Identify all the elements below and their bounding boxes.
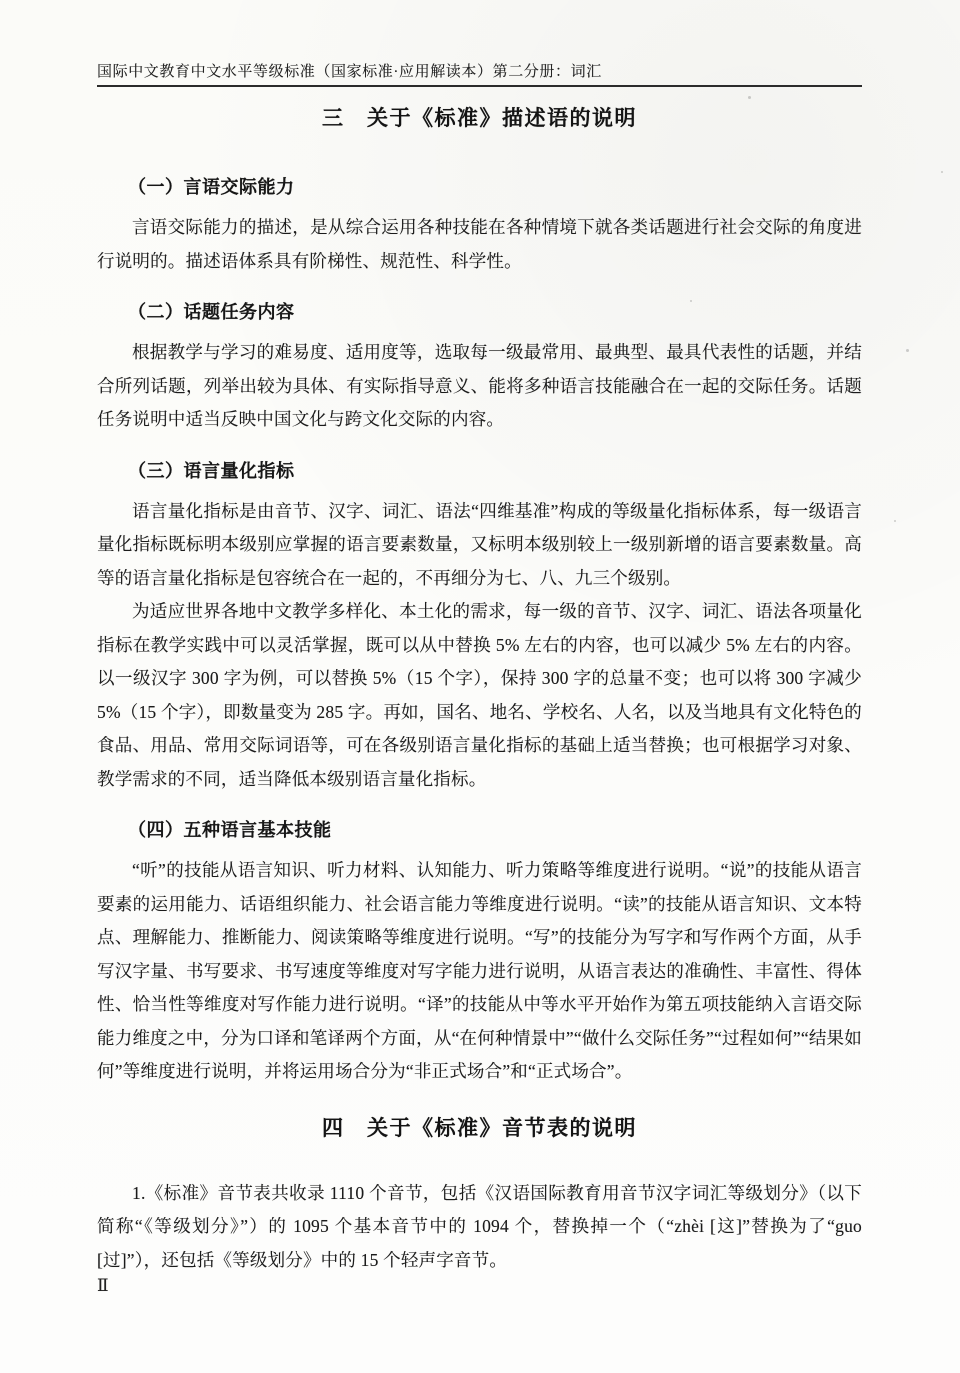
paragraph-topic-task-content: 根据教学与学习的难易度、适用度等，选取每一级最常用、最典型、最具代表性的话题，并… xyxy=(97,336,862,437)
paragraph-syllable-table: 1.《标准》音节表共收录 1110 个音节，包括《汉语国际教育用音节汉字词汇等级… xyxy=(97,1177,862,1278)
subsection-heading-topic-task-content: （二）话题任务内容 xyxy=(97,300,862,324)
scan-speck xyxy=(515,1010,517,1012)
scan-speck xyxy=(894,520,896,522)
paragraph-communication-ability: 言语交际能力的描述，是从综合运用各种技能在各种情境下就各类话题进行社会交际的角度… xyxy=(97,211,862,278)
scan-speck xyxy=(170,1264,172,1266)
subsection-heading-five-basic-skills: （四）五种语言基本技能 xyxy=(97,818,862,842)
section-three-title: 三 关于《标准》描述语的说明 xyxy=(97,105,862,133)
scan-speck xyxy=(906,349,909,352)
scan-speck xyxy=(690,300,692,302)
running-head-text: 国际中文教育中文水平等级标准（国家标准·应用解读本）第二分册：词汇 xyxy=(97,64,602,80)
section-four-title: 四 关于《标准》音节表的说明 xyxy=(97,1115,862,1143)
scan-speck xyxy=(748,96,751,99)
paragraph-quantitative-indicators-1: 语言量化指标是由音节、汉字、词汇、语法“四维基准”构成的等级量化指标体系，每一级… xyxy=(97,495,862,596)
paragraph-quantitative-indicators-2: 为适应世界各地中文教学多样化、本土化的需求，每一级的音节、汉字、词汇、语法各项量… xyxy=(97,595,862,796)
running-head: 国际中文教育中文水平等级标准（国家标准·应用解读本）第二分册：词汇 xyxy=(97,62,862,87)
subsection-heading-quantitative-indicators: （三）语言量化指标 xyxy=(97,459,862,483)
scan-speck xyxy=(941,171,943,173)
page-number: Ⅱ xyxy=(97,1276,109,1296)
scanned-document-page: 国际中文教育中文水平等级标准（国家标准·应用解读本）第二分册：词汇 三 关于《标… xyxy=(0,0,960,1373)
subsection-heading-communication-ability: （一）言语交际能力 xyxy=(97,175,862,199)
scan-speck xyxy=(213,610,215,612)
paragraph-five-basic-skills: “听”的技能从语言知识、听力材料、认知能力、听力策略等维度进行说明。“说”的技能… xyxy=(97,854,862,1089)
